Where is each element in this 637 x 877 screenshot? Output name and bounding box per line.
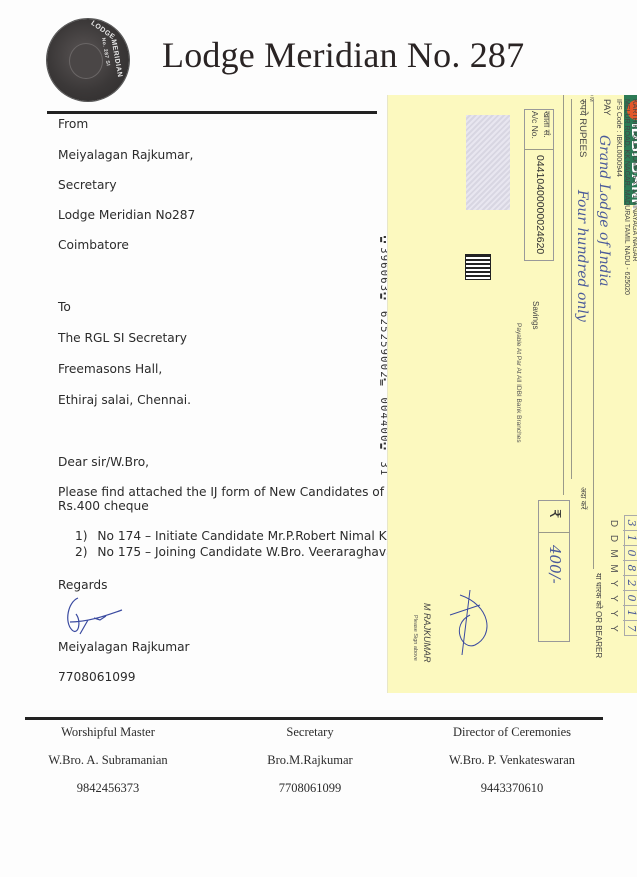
footer-phone: 9842456373 bbox=[8, 781, 208, 809]
date-label: Y bbox=[608, 606, 619, 621]
footer-secretary: Secretary Bro.M.Rajkumar 7708061099 bbox=[210, 725, 410, 809]
sender-title: Secretary bbox=[58, 178, 117, 192]
body-line-1: Please find attached the IJ form of New … bbox=[58, 485, 409, 499]
bearer-label: या धारक को OR BEARER bbox=[593, 573, 604, 658]
body-line-2: Rs.400 cheque bbox=[58, 499, 149, 513]
payee-name: Grand Lodge of India bbox=[596, 135, 612, 286]
rupees-label: रुपये RUPEES bbox=[577, 99, 590, 157]
account-label: A/c No. bbox=[530, 111, 540, 139]
to-label: To bbox=[58, 300, 71, 314]
sender-city: Coimbatore bbox=[58, 238, 129, 252]
amount-box-divider bbox=[538, 532, 570, 533]
payable-note: Payable At Par At All IDBI Bank Branches bbox=[515, 323, 522, 443]
date-digit: 1 bbox=[623, 531, 637, 546]
signature-image bbox=[60, 592, 130, 642]
footer-role: Worshipful Master bbox=[8, 725, 208, 753]
date-digit: 1 bbox=[623, 606, 637, 621]
page-title: Lodge Meridian No. 287 bbox=[162, 34, 524, 76]
rupee-symbol: ₹ bbox=[546, 509, 564, 519]
account-label-hindi: खाता सं. bbox=[541, 111, 552, 138]
cheque: IDBI BANK Salary Account KARTHIK RAJA CO… bbox=[388, 95, 637, 693]
from-label: From bbox=[58, 117, 88, 131]
footer-phone: 7708061099 bbox=[210, 781, 410, 809]
footer-role: Director of Ceremonies bbox=[412, 725, 612, 753]
qr-code-icon bbox=[466, 255, 490, 279]
drawer-signature bbox=[440, 585, 500, 665]
cheque-face: IDBI BANK Salary Account KARTHIK RAJA CO… bbox=[388, 95, 637, 693]
date-digit: 3 bbox=[623, 516, 637, 531]
rupees-line bbox=[571, 99, 572, 479]
date-field: 31082017 bbox=[624, 515, 637, 636]
pay-line bbox=[593, 99, 594, 569]
list-item-2: 2) No 175 – Joining Candidate W.Bro. Vee… bbox=[75, 545, 401, 559]
account-section-line bbox=[563, 95, 564, 495]
recipient-place: Freemasons Hall, bbox=[58, 362, 162, 376]
ifsc-code: IFS Code : IBKL0000944 bbox=[615, 99, 622, 177]
footer-name: Bro.M.Rajkumar bbox=[210, 753, 410, 781]
seal-text-side: MERIDIAN bbox=[110, 39, 124, 78]
signer-name: M RAJKUMAR bbox=[422, 603, 432, 663]
recipient-address: Ethiraj salai, Chennai. bbox=[58, 393, 191, 407]
list-number: 2) bbox=[75, 545, 88, 559]
date-digit: 7 bbox=[623, 621, 637, 635]
sign-note: Please Sign above bbox=[412, 615, 418, 661]
pay-label: PAY bbox=[602, 99, 612, 116]
amount-in-words: Four hundred only bbox=[574, 190, 590, 322]
date-digit: 8 bbox=[623, 561, 637, 576]
account-number: 04410400000024620 bbox=[534, 155, 546, 254]
seal-emblem bbox=[69, 43, 103, 79]
date-label: D bbox=[608, 516, 619, 531]
header-divider bbox=[47, 111, 377, 114]
signatory-phone: 7708061099 bbox=[58, 670, 136, 684]
list-number: 1) bbox=[75, 529, 88, 543]
date-digit: 0 bbox=[623, 546, 637, 561]
footer-divider bbox=[25, 717, 603, 720]
branch-line-1: KARTHIK RAJA COMPLEX, 1/1 VINAYAGA NAGAR bbox=[631, 99, 637, 262]
security-pattern bbox=[466, 115, 510, 210]
list-text: No 174 – Initiate Candidate Mr.P.Robert … bbox=[97, 529, 401, 543]
recipient-title: The RGL SI Secretary bbox=[58, 331, 187, 345]
footer-role: Secretary bbox=[210, 725, 410, 753]
list-item-1: 1) No 174 – Initiate Candidate Mr.P.Robe… bbox=[75, 529, 401, 543]
date-label: Y bbox=[608, 576, 619, 591]
amount-in-figures: 400/- bbox=[546, 545, 564, 584]
sender-lodge: Lodge Meridian No287 bbox=[58, 208, 195, 222]
date-labels: DDMMYYYY bbox=[606, 516, 624, 636]
date-label: Y bbox=[608, 621, 619, 636]
branch-line-2: MELUR ROAD, KK NAGAR, MADURAI TAMIL NADU… bbox=[623, 99, 630, 295]
footer-name: W.Bro. P. Venkateswaran bbox=[412, 753, 612, 781]
account-kind: Savings bbox=[531, 301, 540, 329]
account-box-divider bbox=[524, 149, 554, 150]
footer-worshipful-master: Worshipful Master W.Bro. A. Subramanian … bbox=[8, 725, 208, 809]
date-label: M bbox=[608, 546, 619, 561]
sender-name: Meiyalagan Rajkumar, bbox=[58, 148, 193, 162]
list-text: No 175 – Joining Candidate W.Bro. Veerar… bbox=[97, 545, 401, 559]
date-label: Y bbox=[608, 591, 619, 606]
date-label: D bbox=[608, 531, 619, 546]
date-label: M bbox=[608, 561, 619, 576]
salutation: Dear sir/W.Bro, bbox=[58, 455, 149, 469]
footer-director-of-ceremonies: Director of Ceremonies W.Bro. P. Venkate… bbox=[412, 725, 612, 809]
footer-name: W.Bro. A. Subramanian bbox=[8, 753, 208, 781]
lodge-seal-logo: LODGE MERIDIAN No. 287 SI bbox=[47, 19, 129, 101]
amount-label: अदा करें bbox=[578, 487, 588, 510]
date-digit: 0 bbox=[623, 591, 637, 606]
closing: Regards bbox=[58, 578, 108, 592]
footer-phone: 9443370610 bbox=[412, 781, 612, 809]
signatory-name: Meiyalagan Rajkumar bbox=[58, 640, 190, 654]
date-digit: 2 bbox=[623, 576, 637, 591]
